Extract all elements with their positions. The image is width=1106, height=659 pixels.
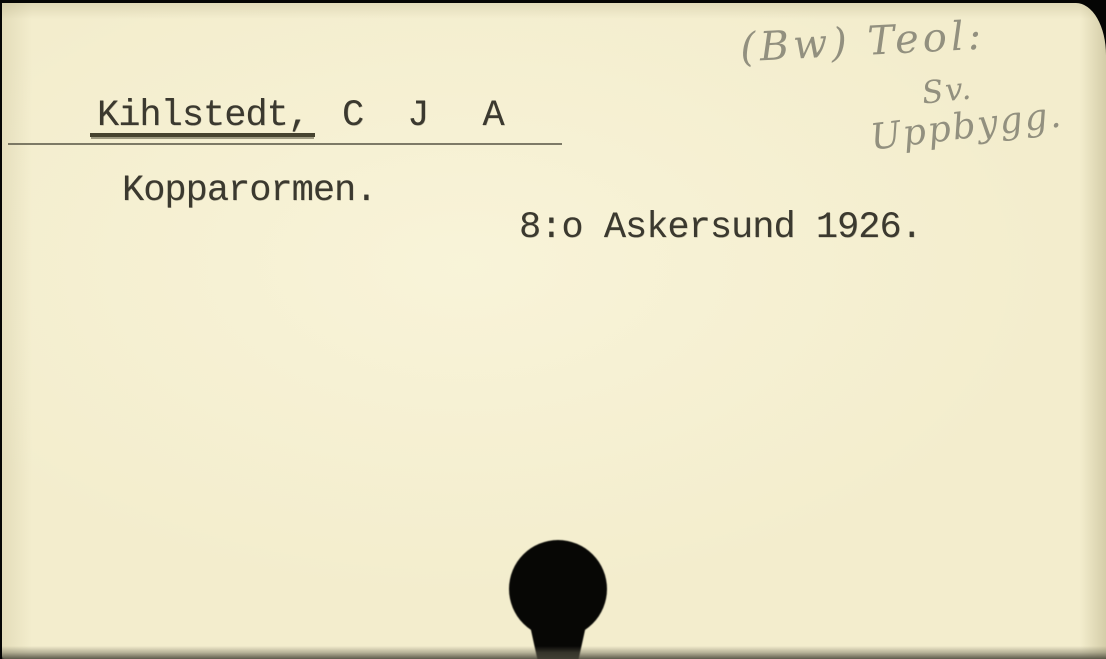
card-bottom-edge-shadow <box>2 646 1106 659</box>
pencil-annotation-classmark: (Bw) Teol: <box>739 13 986 72</box>
imprint-line: 8:o Askersund 1926. <box>519 210 922 247</box>
scanned-catalog-card-image: Kihlstedt, C J A Kopparormen. 8:o Askers… <box>0 0 1106 659</box>
title-line: Kopparormen. <box>122 173 376 210</box>
rod-hole-punch <box>482 523 642 659</box>
catalog-card: Kihlstedt, C J A Kopparormen. 8:o Askers… <box>2 3 1106 659</box>
ruled-line <box>8 143 562 145</box>
author-initial-2: J <box>407 98 428 135</box>
author-surname: Kihlstedt, <box>97 98 309 135</box>
author-heading: Kihlstedt, C J A <box>97 98 504 135</box>
author-initial-1: C <box>342 98 363 135</box>
author-initial-3: A <box>482 98 503 135</box>
typed-underscore-line <box>90 133 315 137</box>
